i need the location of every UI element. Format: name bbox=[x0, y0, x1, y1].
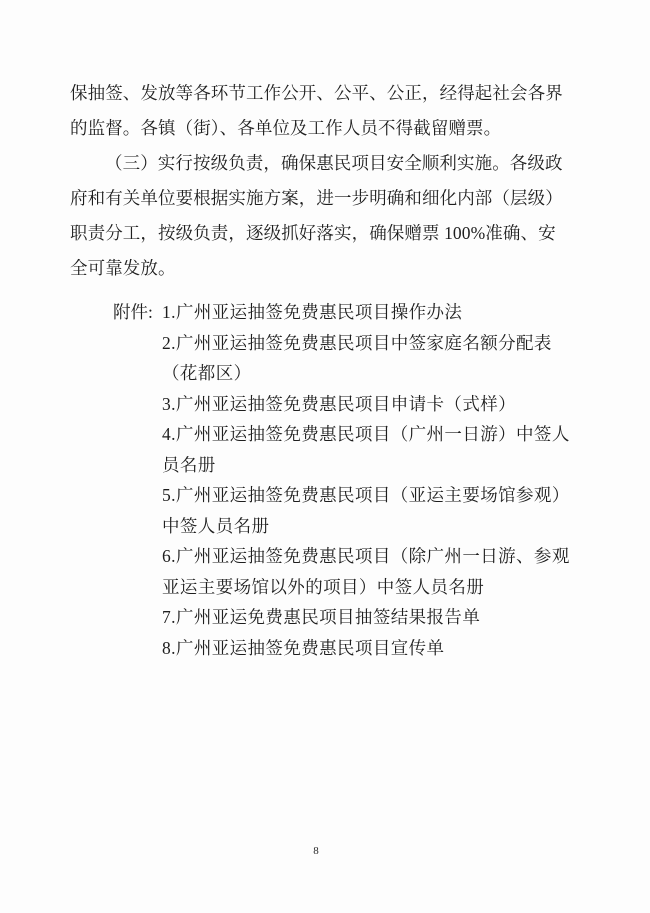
attachment-item-line: （花都区） bbox=[162, 358, 570, 389]
paragraph-1-line: 的监督。各镇（街）、各单位及工作人员不得截留赠票。 bbox=[70, 111, 564, 146]
attachment-item-line: 1.广州亚运抽签免费惠民项目操作办法 bbox=[162, 297, 570, 328]
paragraph-2-line: （三）实行按级负责，确保惠民项目安全顺利实施。各级政 bbox=[70, 146, 564, 181]
attachments-section: 附件: 1.广州亚运抽签免费惠民项目操作办法2.广州亚运抽签免费惠民项目中签家庭… bbox=[113, 297, 570, 663]
paragraph-2: （三）实行按级负责，确保惠民项目安全顺利实施。各级政府和有关单位要根据实施方案，… bbox=[70, 146, 564, 286]
paragraph-1-line: 保抽签、发放等各环节工作公开、公平、公正，经得起社会各界 bbox=[70, 76, 564, 111]
paragraph-1: 保抽签、发放等各环节工作公开、公平、公正，经得起社会各界的监督。各镇（街）、各单… bbox=[70, 76, 564, 146]
attachment-item-line: 中签人员名册 bbox=[162, 511, 570, 542]
page-number: 8 bbox=[0, 844, 632, 858]
attachment-item-line: 员名册 bbox=[162, 450, 570, 481]
attachment-item-line: 6.广州亚运抽签免费惠民项目（除广州一日游、参观 bbox=[162, 541, 570, 572]
document-body: 保抽签、发放等各环节工作公开、公平、公正，经得起社会各界的监督。各镇（街）、各单… bbox=[70, 76, 564, 286]
attachment-item-line: 7.广州亚运免费惠民项目抽签结果报告单 bbox=[162, 602, 570, 633]
attachment-item-line: 4.广州亚运抽签免费惠民项目（广州一日游）中签人 bbox=[162, 419, 570, 450]
document-page: 保抽签、发放等各环节工作公开、公平、公正，经得起社会各界的监督。各镇（街）、各单… bbox=[0, 0, 650, 913]
attachments-list: 1.广州亚运抽签免费惠民项目操作办法2.广州亚运抽签免费惠民项目中签家庭名额分配… bbox=[162, 297, 570, 663]
attachment-item-line: 5.广州亚运抽签免费惠民项目（亚运主要场馆参观） bbox=[162, 480, 570, 511]
paragraph-2-line: 府和有关单位要根据实施方案，进一步明确和细化内部（层级） bbox=[70, 181, 564, 216]
attachment-item-line: 8.广州亚运抽签免费惠民项目宣传单 bbox=[162, 633, 570, 664]
paragraph-2-line: 职责分工，按级负责，逐级抓好落实，确保赠票 100%准确、安 bbox=[70, 216, 564, 251]
attachment-item-line: 3.广州亚运抽签免费惠民项目申请卡（式样） bbox=[162, 389, 570, 420]
attachment-item-line: 2.广州亚运抽签免费惠民项目中签家庭名额分配表 bbox=[162, 328, 570, 359]
attachment-item-line: 亚运主要场馆以外的项目）中签人员名册 bbox=[162, 572, 570, 603]
attachments-label: 附件: bbox=[113, 297, 153, 328]
paragraph-2-line: 全可靠发放。 bbox=[70, 251, 564, 286]
